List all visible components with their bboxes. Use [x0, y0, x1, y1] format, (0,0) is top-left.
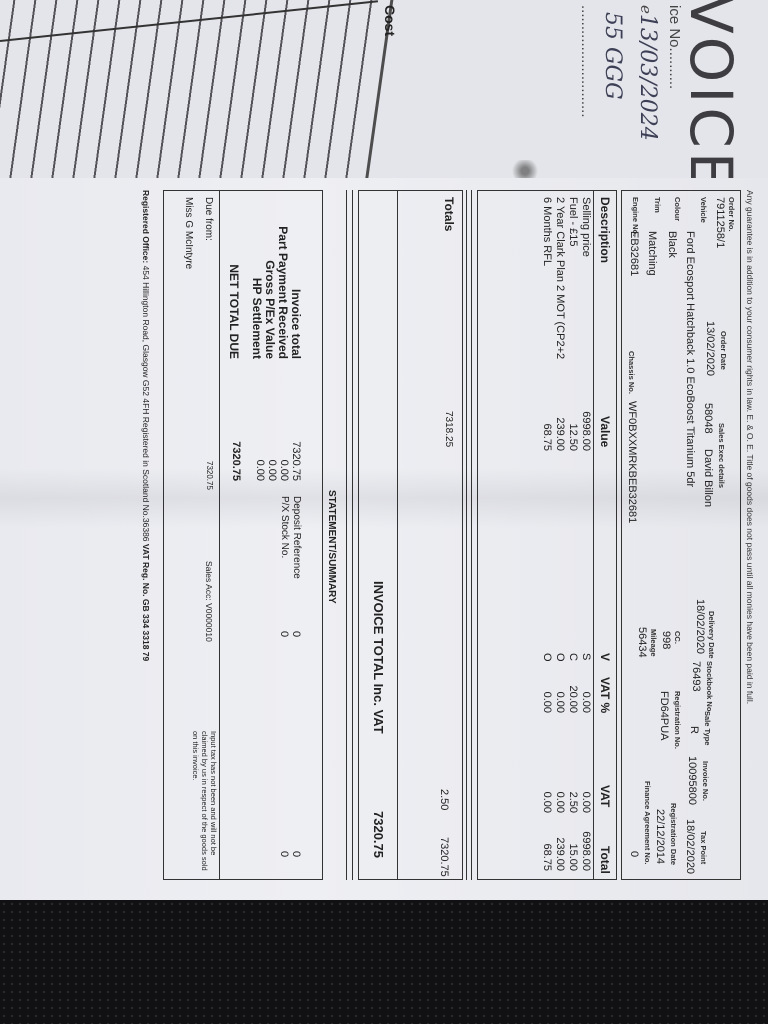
delivery-date-label: Delivery Date [707, 611, 716, 659]
invoice-no: 10095800 [686, 756, 698, 805]
item-value: 6998.00 [580, 405, 592, 451]
item-vat-pct: 20.00 [567, 673, 579, 713]
item-vat: 0.00 [580, 777, 592, 813]
line-items: Selling price6998.00S0.000.006998.00Fuel… [540, 191, 592, 879]
mileage: 56434 [636, 627, 648, 658]
column-total: Total [598, 846, 612, 874]
item-description: Fuel - £15 [567, 197, 579, 247]
statement-summary-box: Invoice totalPart Payment ReceivedGross … [163, 190, 323, 880]
order-date: 13/02/2020 [704, 321, 716, 376]
registration-no: FD64PUA [658, 691, 670, 741]
summary-value: 0 [278, 851, 290, 857]
px-stock-label: P/X Stock No. [278, 496, 290, 579]
cc-label: CC. [673, 631, 682, 644]
item-vat: 0.00 [554, 777, 566, 813]
notebook-heading: VOICE [677, 0, 745, 190]
vehicle-label: Vehicle [699, 197, 708, 223]
line-item-row: 6 Months RFL68.75O0.000.0068.75 [540, 191, 553, 879]
column-v: V [598, 653, 612, 661]
registration-no-label: Registration No. [673, 691, 682, 749]
sale-type-label: Sale Type [703, 711, 712, 745]
item-total: 239.00 [554, 825, 566, 871]
net-total-label: NET TOTAL DUE [227, 264, 240, 359]
line-item-row: 2 Year Clark Plan 2 MOT (CP2+2239.00O0.0… [553, 191, 566, 879]
divider [219, 191, 220, 879]
deposit-reference-label: Deposit Reference [290, 496, 302, 579]
divider [352, 190, 353, 880]
item-vat: 0.00 [541, 777, 553, 813]
divider [346, 190, 347, 880]
item-total: 6998.00 [580, 825, 592, 871]
tax-point: 18/02/2020 [684, 819, 696, 874]
statement-line-value: 0.00 [266, 421, 278, 481]
item-total: 15.00 [567, 825, 579, 871]
invoice-total: 7320.75 [371, 811, 386, 858]
divider [471, 190, 472, 880]
item-total: 68.75 [541, 825, 553, 871]
order-date-label: Order Date [719, 331, 728, 370]
trim-label: Trim [653, 197, 662, 213]
finance-agreement-label: Finance Agreement No. [643, 781, 652, 865]
stockbook-no: 76493 [690, 661, 702, 692]
statement-line-label: Invoice total [289, 226, 302, 359]
customer-name: Miss G McIntyre [183, 197, 194, 269]
item-vat: 2.50 [567, 777, 579, 813]
tax-point-label: Tax Point [699, 831, 708, 864]
chassis-no: WF0BXXMRKBEB32681 [626, 401, 638, 523]
line-item-row: Selling price6998.00S0.000.006998.00 [579, 191, 592, 879]
invoice-header-box: Order No. 791125​8/1 Order Date 13/02/20… [621, 190, 741, 880]
vehicle: Ford Ecosport Hatchback 1.0 EcoBoost Tit… [684, 231, 696, 487]
item-v: O [554, 653, 566, 662]
invoice-no-label: Invoice No. [701, 761, 710, 801]
cc: 998 [660, 631, 672, 649]
statement-values: 7320.750.000.000.00 [254, 421, 302, 481]
column-vat-pct: VAT % [598, 677, 612, 713]
px-stock-no: 0 [278, 631, 290, 637]
registered-office: Registered Office: 454 Hillington Road, … [141, 190, 151, 661]
statement-labels: Invoice totalPart Payment ReceivedGross … [250, 226, 302, 359]
statement-line-label: Part Payment Received [276, 226, 289, 359]
sales-exec-label: Sales Exec details [717, 423, 726, 488]
item-v: S [580, 653, 592, 660]
statement-line-value: 0.00 [278, 421, 290, 481]
item-vat-pct: 0.00 [554, 673, 566, 713]
item-description: Selling price [580, 197, 592, 257]
column-description: Description [598, 197, 612, 263]
summary-value: 0 [290, 851, 302, 857]
notebook-blank-line: ........................... [578, 5, 595, 118]
net-total-due: 7320.75 [230, 421, 242, 481]
mileage-label: Mileage [649, 629, 658, 657]
column-value: Value [598, 416, 612, 447]
registration-date-label: Registration Date [669, 803, 678, 865]
registration-date: 22/12/2014 [654, 809, 666, 864]
item-v: C [567, 653, 579, 661]
item-description: 2 Year Clark Plan 2 MOT (CP2+2 [554, 197, 566, 359]
colour: Black [666, 231, 678, 258]
line-item-row: Fuel - £1512.50C20.002.5015.00 [566, 191, 579, 879]
order-no-label: Order No. [727, 197, 736, 232]
sales-exec-name: David Billon [702, 449, 714, 507]
ruled-lines [0, 0, 396, 190]
totals-total: 7320.75 [438, 837, 450, 877]
chassis-no-label: Chassis No. [627, 351, 636, 394]
statement-line-label: HP Settlement [250, 226, 263, 359]
statement-line-label: Gross P/Ex Value [263, 226, 276, 359]
colour-label: Colour [673, 197, 682, 221]
statement-line-value: 0.00 [254, 421, 266, 481]
divider [397, 191, 398, 879]
totals-vat: 2.50 [438, 789, 450, 810]
item-description: 6 Months RFL [541, 197, 553, 266]
input-tax-note: Input tax has not been and will not be c… [191, 731, 218, 881]
notebook-cost-header: Cost [382, 5, 398, 36]
item-vat-pct: 0.00 [541, 673, 553, 713]
line-items-table: Description Value V VAT % VAT Total Sell… [477, 190, 617, 880]
guarantee-notice: Any guarantee is in addition to your con… [745, 190, 755, 704]
trim: Matching [646, 231, 658, 276]
notebook-code: 55 GGG [600, 12, 625, 100]
divider [466, 190, 467, 880]
notebook-date: e13/03/2024 [635, 5, 660, 141]
item-v: O [541, 653, 553, 662]
item-value: 12.50 [567, 405, 579, 451]
item-value: 68.75 [541, 405, 553, 451]
totals-value: 7318.25 [443, 411, 454, 447]
order-no: 791125​8/1 [714, 197, 726, 248]
engine-no: EB32681 [628, 231, 640, 276]
item-vat-pct: 0.00 [580, 673, 592, 713]
column-vat: VAT [598, 785, 612, 807]
due-from-label: Due from: [203, 197, 214, 241]
deposit-reference: 0 [290, 631, 302, 637]
due-amount: 7320.75 [205, 461, 214, 490]
deposit-block: Deposit Reference P/X Stock No. [278, 496, 302, 579]
stockbook-label: Stockbook No. [705, 661, 714, 714]
invoice-total-label: INVOICE TOTAL Inc. VAT [371, 581, 386, 734]
totals-label: Totals [442, 197, 456, 231]
notebook-invoice-no-label: ice No.......... [666, 5, 683, 89]
header-rule [593, 191, 594, 879]
sales-exec-code: 58048 [702, 403, 714, 434]
statement-line-value: 7320.75 [290, 421, 302, 481]
notebook-page: VOICE ice No.......... e13/03/2024 55 GG… [0, 0, 768, 190]
sales-invoice: Any guarantee is in addition to your con… [55, 190, 755, 1024]
finance-agreement-no: 0 [628, 851, 640, 857]
item-value: 239.00 [554, 405, 566, 451]
totals-box: Totals 7318.25 2.50 7320.75 INVOICE TOTA… [358, 190, 463, 880]
statement-heading: STATEMENT/SUMMARY [326, 490, 337, 604]
delivery-date: 18/02/2020 [694, 599, 706, 654]
sales-account: Sales Acc: V0000010 [204, 561, 214, 642]
sale-type: R [688, 726, 700, 734]
